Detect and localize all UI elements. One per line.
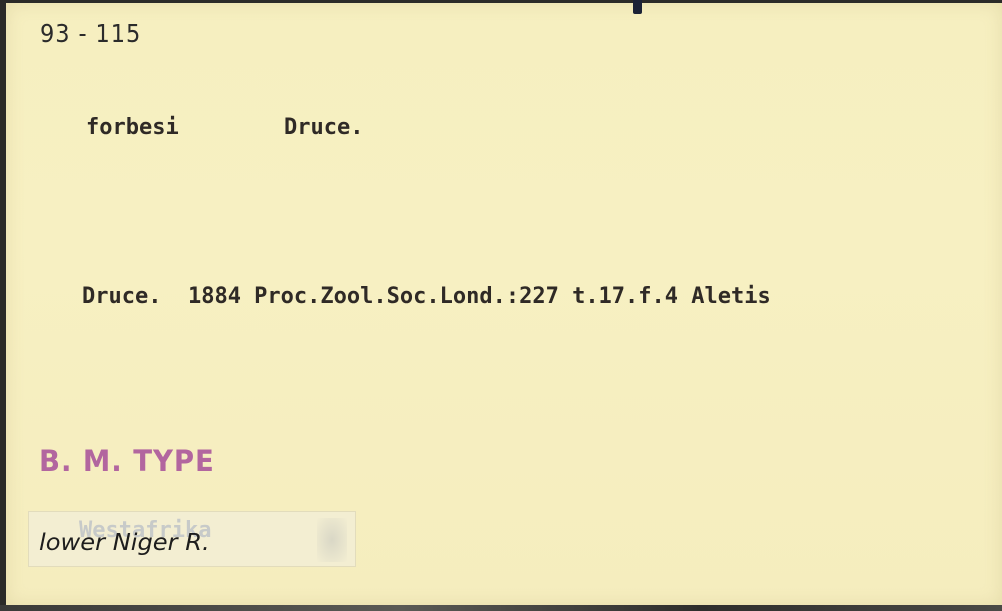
species-author: Druce. <box>284 115 363 140</box>
accession-number: 93 - 115 <box>40 19 141 48</box>
bibliographic-reference: Druce. 1884 Proc.Zool.Soc.Lond.:227 t.17… <box>82 284 771 309</box>
locality-text: lower Niger R. <box>39 530 210 556</box>
clip-mark <box>633 0 642 14</box>
scan-edge <box>0 605 1002 611</box>
locality-label: Westafrika lower Niger R. <box>28 511 356 567</box>
species-name: forbesi <box>86 115 179 140</box>
smudge-mark <box>317 518 347 562</box>
type-stamp: B. M. TYPE <box>39 444 215 478</box>
index-card: 93 - 115 forbesi Druce. Druce. 1884 Proc… <box>6 3 1002 606</box>
